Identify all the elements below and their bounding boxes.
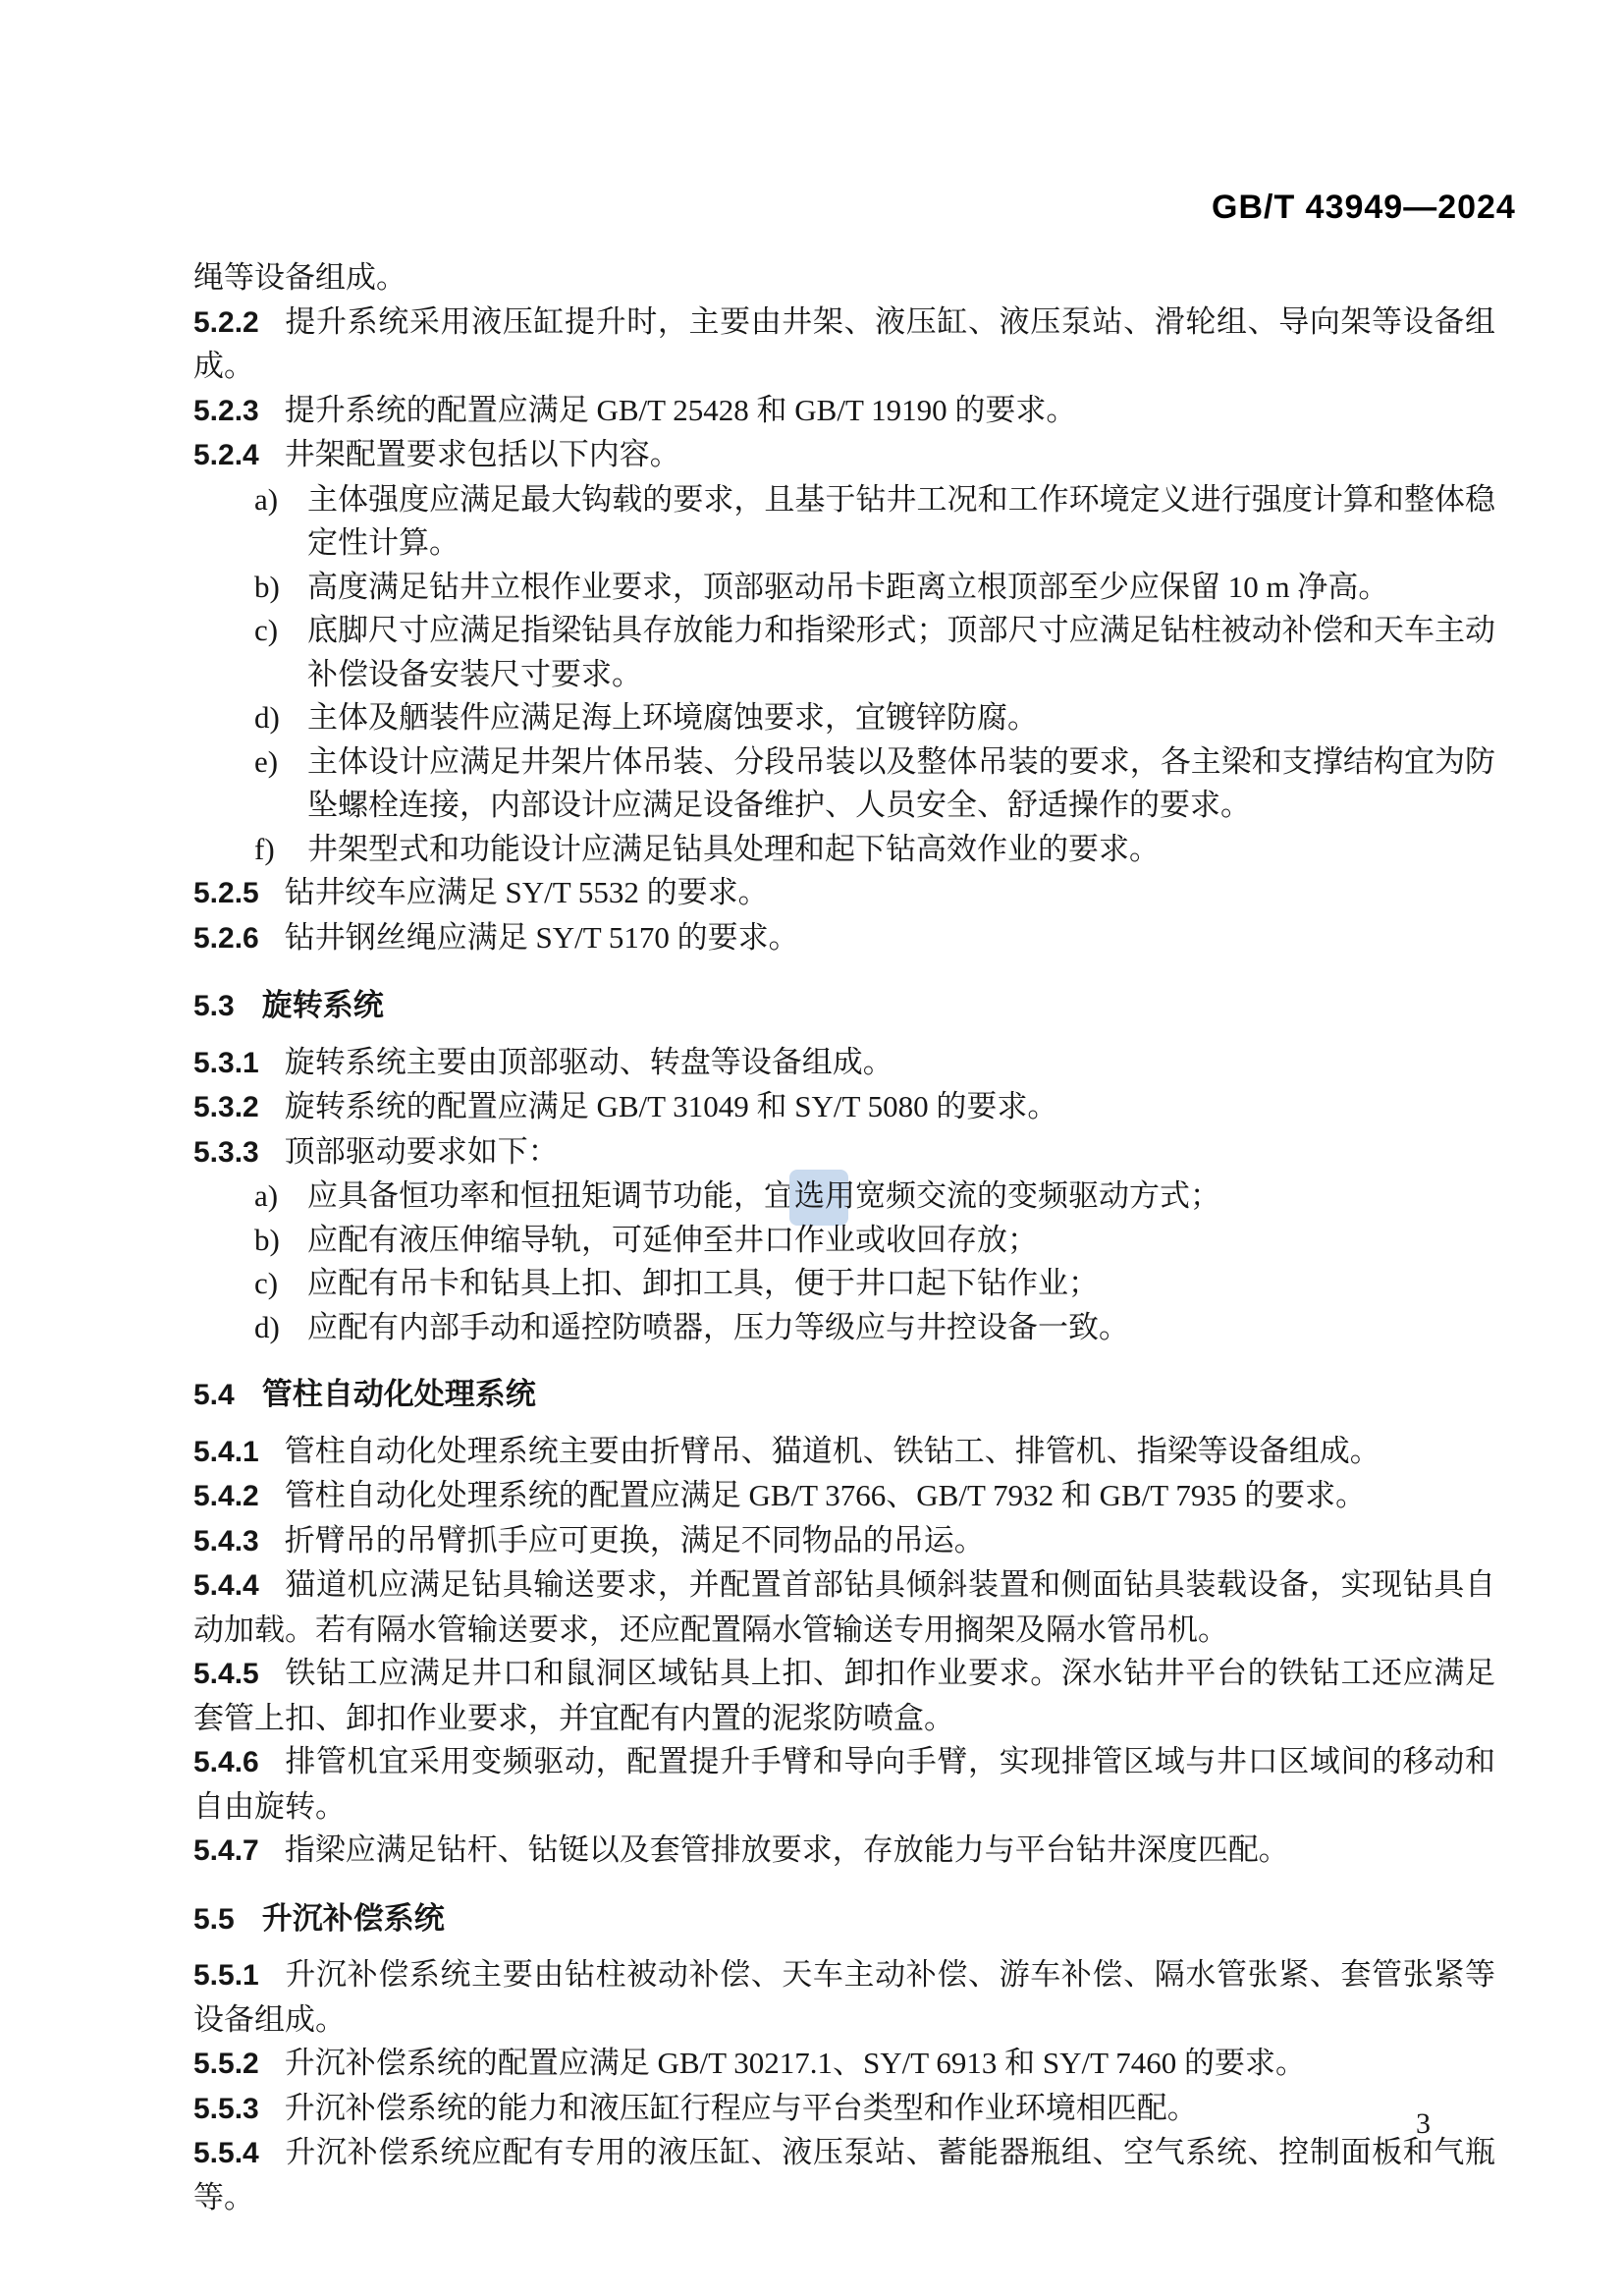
list-marker: a) (254, 478, 278, 522)
clause-text: 升沉补偿系统的配置应满足 GB/T 30217.1、SY/T 6913 和 SY… (285, 2046, 1306, 2080)
clause-text: 旋转系统主要由顶部驱动、转盘等设备组成。 (285, 1045, 893, 1079)
list-text: 用宽频交流的变频驱动方式； (825, 1178, 1220, 1213)
clause-number: 5.4.7 (193, 1834, 259, 1867)
clause-number: 5.5.4 (193, 2137, 259, 2169)
list-item-c: c)应配有吊卡和钻具上扣、卸扣工具，便于井口起下钻作业； (193, 1262, 1495, 1306)
clause-5-4-1: 5.4.1管柱自动化处理系统主要由折臂吊、猫道机、铁钻工、排管机、指梁等设备组成… (193, 1430, 1495, 1475)
clause-text: 折臂吊的吊臂抓手应可更换，满足不同物品的吊运。 (285, 1523, 985, 1558)
document-page: GB/T 43949—2024 绳等设备组成。 5.2.2提升系统采用液压缸提升… (0, 0, 1623, 2296)
clause-5-2-6: 5.2.6钻井钢丝绳应满足 SY/T 5170 的要求。 (193, 916, 1495, 961)
section-heading-5-3: 5.3旋转系统 (193, 984, 1495, 1029)
list-marker: d) (254, 696, 280, 740)
clause-number: 5.3.3 (193, 1136, 259, 1169)
clause-number: 5.2.6 (193, 922, 259, 955)
clause-text: 提升系统采用液压缸提升时，主要由井架、液压缸、液压泵站、滑轮组、导向架等设备组成… (193, 304, 1495, 384)
section-title: 旋转系统 (262, 988, 384, 1022)
list-text: 主体强度应满足最大钩载的要求，且基于钻井工况和工作环境定义进行强度计算和整体稳定… (307, 482, 1495, 561)
clause-text: 升沉补偿系统的能力和液压缸行程应与平台类型和作业环境相匹配。 (285, 2091, 1198, 2125)
clause-5-3-1: 5.3.1旋转系统主要由顶部驱动、转盘等设备组成。 (193, 1041, 1495, 1086)
list-item-b: b)高度满足钻井立根作业要求，顶部驱动吊卡距离立根顶部至少应保留 10 m 净高… (193, 566, 1495, 610)
section-heading-5-5: 5.5升沉补偿系统 (193, 1897, 1495, 1942)
section-number: 5.5 (193, 1903, 235, 1936)
clause-5-4-2: 5.4.2管柱自动化处理系统的配置应满足 GB/T 3766、GB/T 7932… (193, 1474, 1495, 1519)
list-text: 主体及舾装件应满足海上环境腐蚀要求，宜镀锌防腐。 (307, 700, 1038, 735)
clause-5-4-6: 5.4.6排管机宜采用变频驱动，配置提升手臂和导向手臂，实现排管区域与井口区域间… (193, 1740, 1495, 1829)
clause-number: 5.5.3 (193, 2093, 259, 2125)
clause-5-5-1: 5.5.1升沉补偿系统主要由钻柱被动补偿、天车主动补偿、游车补偿、隔水管张紧、套… (193, 1953, 1495, 2042)
clause-text: 排管机宜采用变频驱动，配置提升手臂和导向手臂，实现排管区域与井口区域间的移动和自… (193, 1744, 1495, 1824)
list-item-a: a)主体强度应满足最大钩载的要求，且基于钻井工况和工作环境定义进行强度计算和整体… (193, 478, 1495, 566)
list-marker: c) (254, 609, 278, 653)
clause-number: 5.4.3 (193, 1525, 259, 1558)
clause-5-4-3: 5.4.3折臂吊的吊臂抓手应可更换，满足不同物品的吊运。 (193, 1519, 1495, 1564)
clause-text: 提升系统的配置应满足 GB/T 25428 和 GB/T 19190 的要求。 (285, 393, 1077, 427)
clause-number: 5.2.3 (193, 395, 259, 427)
list-item-f: f)井架型式和功能设计应满足钻具处理和起下钻高效作业的要求。 (193, 828, 1495, 872)
list-marker: f) (254, 828, 275, 872)
clause-5-2-4: 5.2.4井架配置要求包括以下内容。 (193, 433, 1495, 478)
clause-number: 5.2.2 (193, 306, 259, 339)
clause-number: 5.3.2 (193, 1091, 259, 1123)
clause-number: 5.3.1 (193, 1047, 259, 1079)
list-marker: a) (254, 1175, 278, 1219)
clause-text: 指梁应满足钻杆、钻铤以及套管排放要求，存放能力与平台钻井深度匹配。 (285, 1832, 1289, 1867)
clause-text: 管柱自动化处理系统的配置应满足 GB/T 3766、GB/T 7932 和 GB… (285, 1478, 1366, 1512)
clause-text: 管柱自动化处理系统主要由折臂吊、猫道机、铁钻工、排管机、指梁等设备组成。 (285, 1434, 1380, 1468)
clause-text: 猫道机应满足钻具输送要求，并配置首部钻具倾斜装置和侧面钻具装载设备，实现钻具自动… (193, 1567, 1495, 1647)
list-marker: b) (254, 566, 280, 610)
list-item-d: d)应配有内部手动和遥控防喷器，压力等级应与井控设备一致。 (193, 1306, 1495, 1350)
clause-5-5-2: 5.5.2升沉补偿系统的配置应满足 GB/T 30217.1、SY/T 6913… (193, 2042, 1495, 2087)
list-item-e: e)主体设计应满足井架片体吊装、分段吊装以及整体吊装的要求，各主梁和支撑结构宜为… (193, 740, 1495, 828)
list-item-d: d)主体及舾装件应满足海上环境腐蚀要求，宜镀锌防腐。 (193, 696, 1495, 740)
clause-5-4-5: 5.4.5铁钻工应满足井口和鼠洞区域钻具上扣、卸扣作业要求。深水钻井平台的铁钻工… (193, 1652, 1495, 1740)
clause-number: 5.4.5 (193, 1658, 259, 1690)
clause-text: 钻井绞车应满足 SY/T 5532 的要求。 (285, 875, 769, 909)
clause-text: 升沉补偿系统主要由钻柱被动补偿、天车主动补偿、游车补偿、隔水管张紧、套管张紧等设… (193, 1957, 1495, 2037)
clause-number: 5.5.1 (193, 1959, 259, 1992)
clause-5-3-2: 5.3.2旋转系统的配置应满足 GB/T 31049 和 SY/T 5080 的… (193, 1085, 1495, 1130)
clause-number: 5.4.2 (193, 1480, 259, 1512)
clause-5-2-3: 5.2.3提升系统的配置应满足 GB/T 25428 和 GB/T 19190 … (193, 389, 1495, 434)
clause-5-5-3: 5.5.3升沉补偿系统的能力和液压缸行程应与平台类型和作业环境相匹配。 (193, 2087, 1495, 2132)
page-number: 3 (1416, 2107, 1431, 2141)
section-title: 升沉补偿系统 (262, 1901, 445, 1936)
list-text: 底脚尺寸应满足指梁钻具存放能力和指梁形式；顶部尺寸应满足钻柱被动补偿和天车主动补… (307, 613, 1495, 691)
clause-text: 钻井钢丝绳应满足 SY/T 5170 的要求。 (285, 920, 799, 955)
clause-5-3-3: 5.3.3顶部驱动要求如下： (193, 1130, 1495, 1175)
clause-5-4-4: 5.4.4猫道机应满足钻具输送要求，并配置首部钻具倾斜装置和侧面钻具装载设备，实… (193, 1563, 1495, 1652)
clause-number: 5.2.4 (193, 439, 259, 471)
list-text: 应配有吊卡和钻具上扣、卸扣工具，便于井口起下钻作业； (307, 1266, 1099, 1300)
clause-number: 5.4.6 (193, 1746, 259, 1778)
list-marker: b) (254, 1219, 280, 1263)
clause-5-2-5: 5.2.5钻井绞车应满足 SY/T 5532 的要求。 (193, 871, 1495, 916)
list-item-c: c)底脚尺寸应满足指梁钻具存放能力和指梁形式；顶部尺寸应满足钻柱被动补偿和天车主… (193, 609, 1495, 696)
list-text: 应配有液压伸缩导轨，可延伸至井口作业或收回存放； (307, 1223, 1038, 1257)
clause-text: 井架配置要求包括以下内容。 (285, 437, 680, 471)
clause-number: 5.5.2 (193, 2048, 259, 2080)
list-text: 应配有内部手动和遥控防喷器，压力等级应与井控设备一致。 (307, 1310, 1129, 1344)
list-text: 应具备恒功率和恒扭矩调节功能，宜 (307, 1178, 794, 1213)
paragraph-continuation: 绳等设备组成。 (193, 256, 1495, 301)
list-item-b: b)应配有液压伸缩导轨，可延伸至井口作业或收回存放； (193, 1219, 1495, 1263)
clause-text: 旋转系统的配置应满足 GB/T 31049 和 SY/T 5080 的要求。 (285, 1089, 1058, 1123)
section-title: 管柱自动化处理系统 (262, 1377, 536, 1411)
list-marker: d) (254, 1306, 280, 1350)
list-text: 高度满足钻井立根作业要求，顶部驱动吊卡距离立根顶部至少应保留 10 m 净高。 (307, 570, 1388, 604)
clause-number: 5.2.5 (193, 877, 259, 909)
section-heading-5-4: 5.4管柱自动化处理系统 (193, 1373, 1495, 1418)
clause-number: 5.4.4 (193, 1569, 259, 1602)
clause-5-2-2: 5.2.2提升系统采用液压缸提升时，主要由井架、液压缸、液压泵站、滑轮组、导向架… (193, 301, 1495, 389)
list-text: 主体设计应满足井架片体吊装、分段吊装以及整体吊装的要求，各主梁和支撑结构宜为防坠… (307, 744, 1495, 823)
section-number: 5.3 (193, 990, 235, 1022)
standard-code-header: GB/T 43949—2024 (1212, 189, 1516, 227)
clause-5-4-7: 5.4.7指梁应满足钻杆、钻铤以及套管排放要求，存放能力与平台钻井深度匹配。 (193, 1829, 1495, 1874)
clause-text: 顶部驱动要求如下： (285, 1134, 559, 1169)
list-text: 井架型式和功能设计应满足钻具处理和起下钻高效作业的要求。 (307, 832, 1160, 866)
list-marker: e) (254, 740, 278, 785)
section-number: 5.4 (193, 1379, 235, 1411)
clause-number: 5.4.1 (193, 1436, 259, 1468)
clause-text: 铁钻工应满足井口和鼠洞区域钻具上扣、卸扣作业要求。深水钻井平台的铁钻工还应满足套… (193, 1656, 1495, 1735)
clause-5-5-4: 5.5.4升沉补偿系统应配有专用的液压缸、液压泵站、蓄能器瓶组、空气系统、控制面… (193, 2131, 1495, 2219)
document-body: 绳等设备组成。 5.2.2提升系统采用液压缸提升时，主要由井架、液压缸、液压泵站… (193, 256, 1495, 2219)
list-item-a: a)应具备恒功率和恒扭矩调节功能，宜选用宽频交流的变频驱动方式； (193, 1175, 1495, 1219)
clause-text: 升沉补偿系统应配有专用的液压缸、液压泵站、蓄能器瓶组、空气系统、控制面板和气瓶等… (193, 2135, 1495, 2214)
list-marker: c) (254, 1262, 278, 1306)
